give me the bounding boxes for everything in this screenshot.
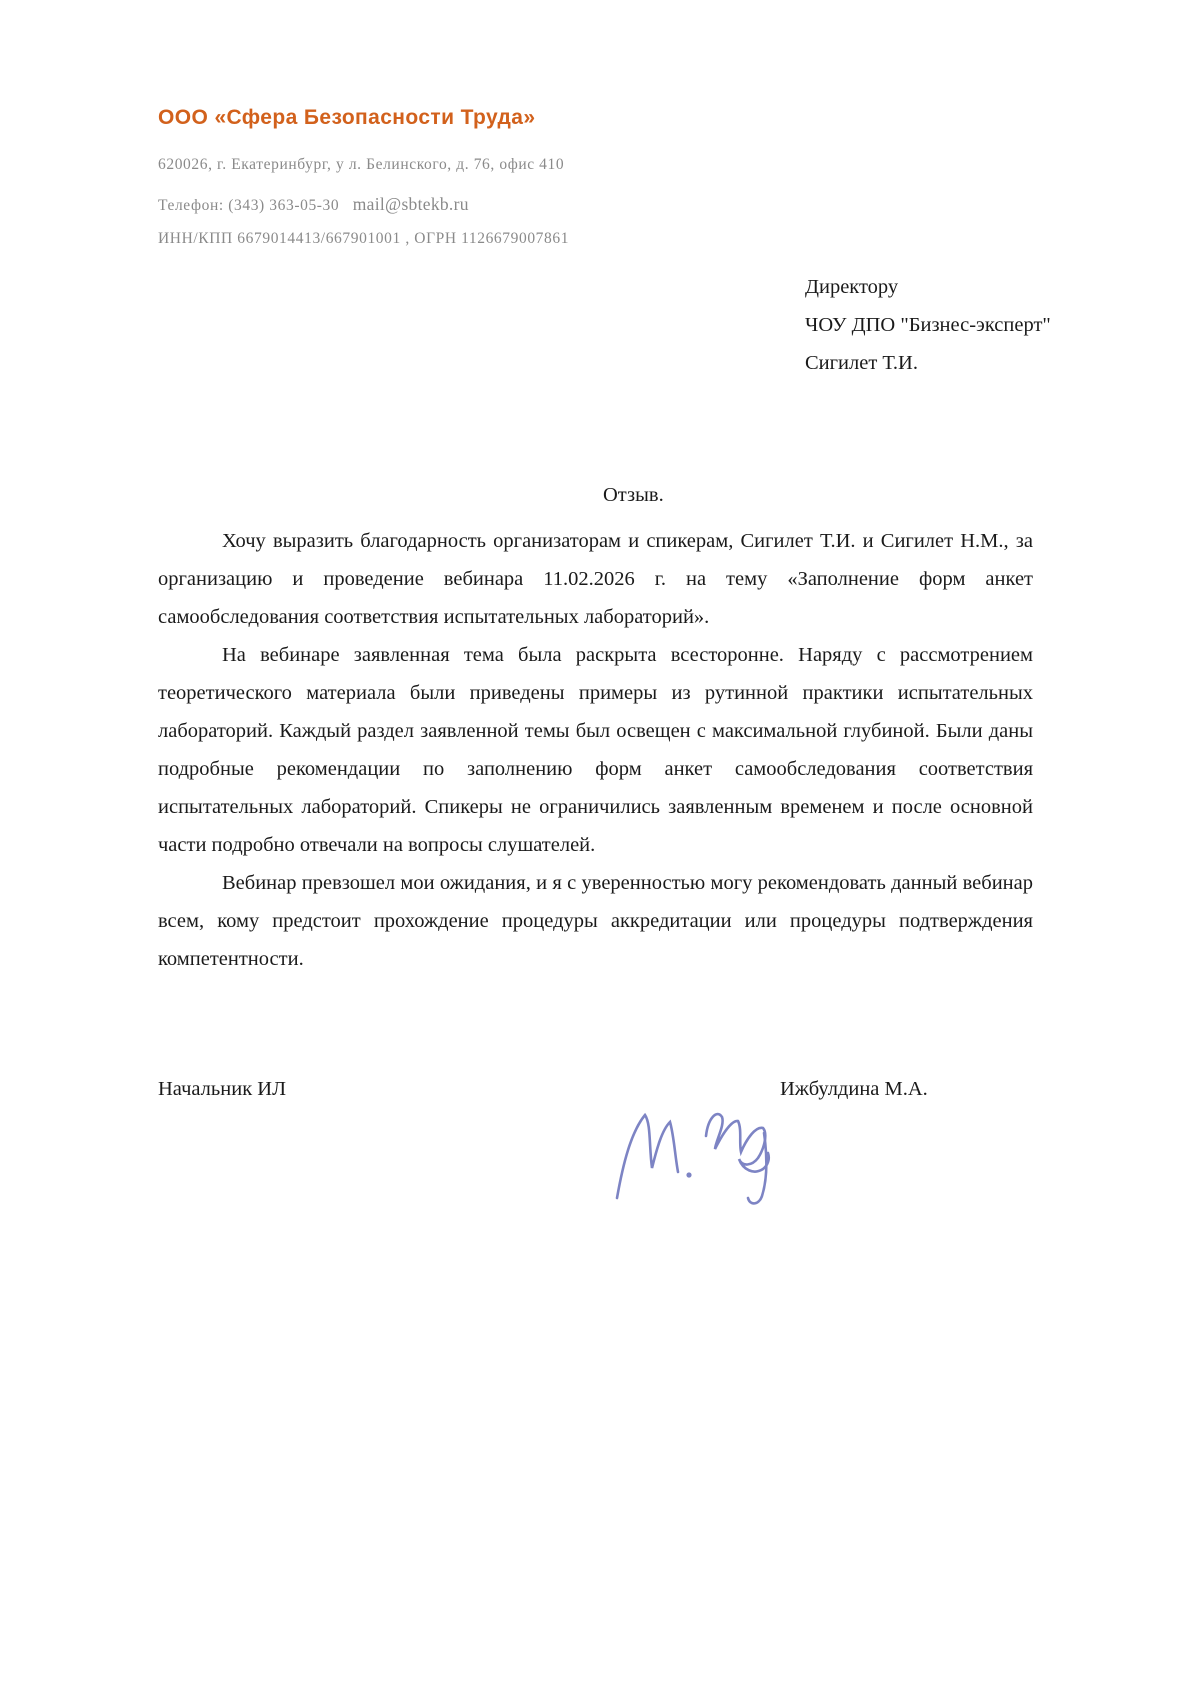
handwritten-signature: [565, 1012, 795, 1212]
paragraph-recommendation: Вебинар превзошел мои ожидания, и я с ув…: [158, 864, 1033, 978]
letterhead: ООО «Сфера Безопасности Труда»: [158, 106, 798, 130]
document-title: Отзыв.: [603, 484, 664, 507]
company-name: ООО «Сфера Безопасности Труда»: [158, 106, 798, 130]
recipient-role: Директору: [805, 268, 1135, 306]
signer-name: Ижбулдина М.А.: [780, 1078, 928, 1101]
recipient-block: Директору ЧОУ ДПО "Бизнес-эксперт" Сигил…: [805, 268, 1135, 382]
company-registration: ИНН/КПП 6679014413/667901001 , ОГРН 1126…: [158, 230, 798, 248]
paragraph-content-review: На вебинаре заявленная тема была раскрыт…: [158, 636, 1033, 864]
signer-position: Начальник ИЛ: [158, 1078, 286, 1101]
letter-page: ООО «Сфера Безопасности Труда» 620026, г…: [0, 0, 1191, 1684]
letter-body: Хочу выразить благодарность организатора…: [158, 522, 1033, 978]
company-phone: Телефон: (343) 363-05-30: [158, 197, 339, 214]
paragraph-gratitude: Хочу выразить благодарность организатора…: [158, 522, 1033, 636]
company-address: 620026, г. Екатеринбург, у л. Белинского…: [158, 156, 798, 174]
company-email: mail@sbtekb.ru: [353, 194, 469, 214]
recipient-person: Сигилет Т.И.: [805, 344, 1135, 382]
recipient-organization: ЧОУ ДПО "Бизнес-эксперт": [805, 306, 1135, 344]
company-phone-line: Телефон: (343) 363-05-30 mail@sbtekb.ru: [158, 194, 798, 215]
